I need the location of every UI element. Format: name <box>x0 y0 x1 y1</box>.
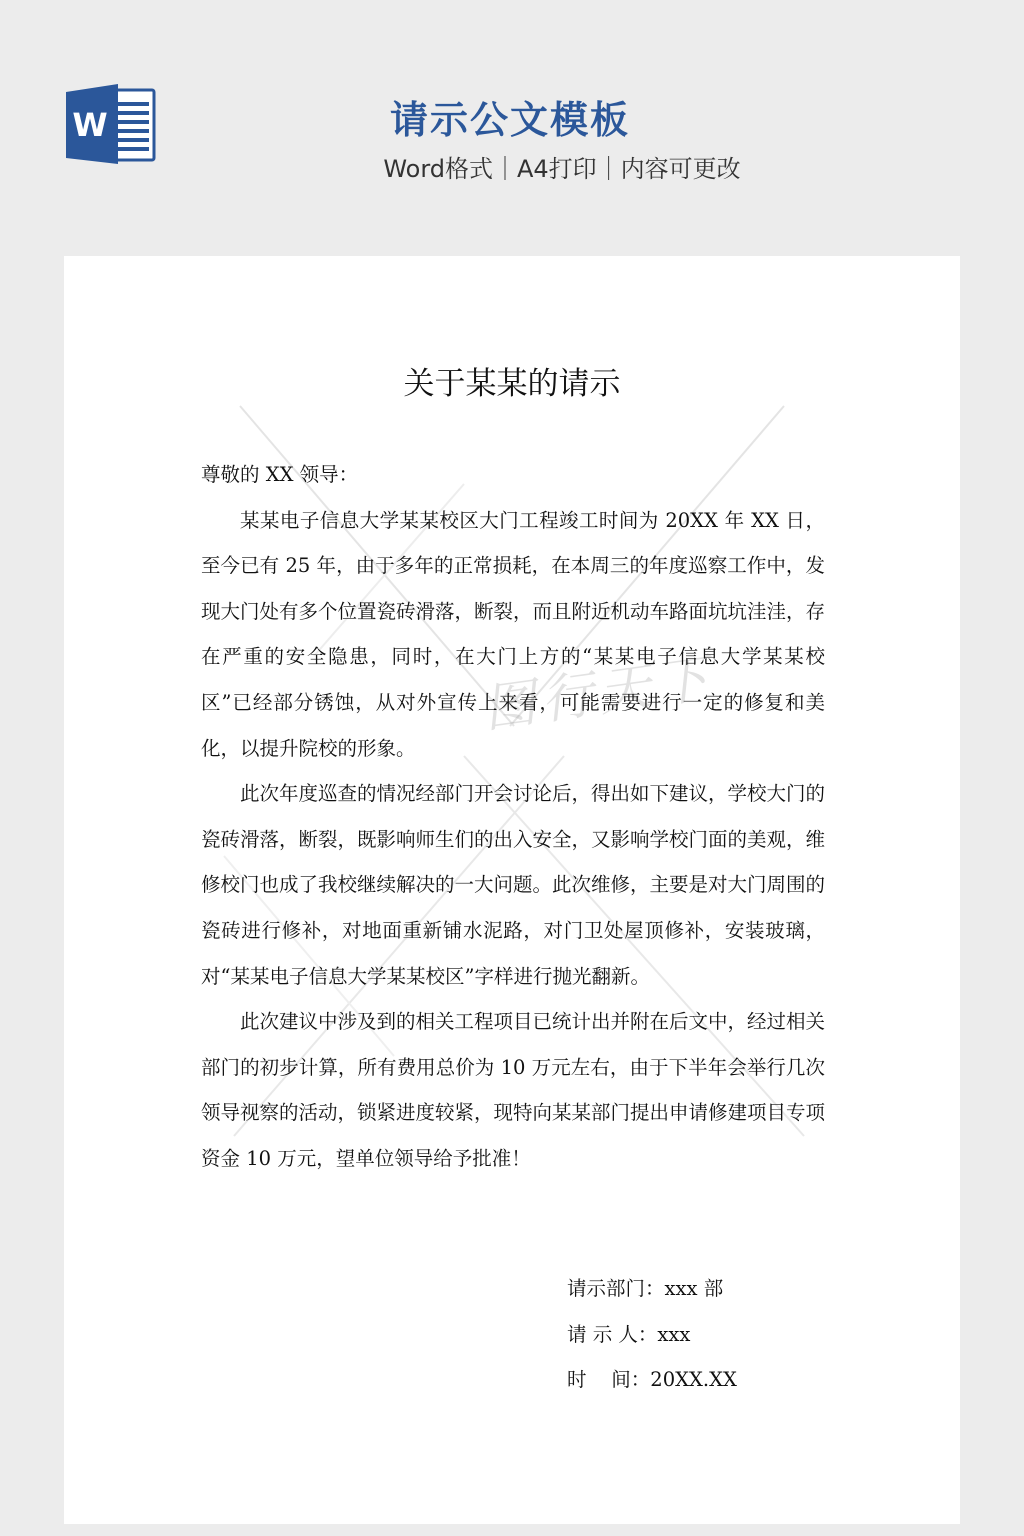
document-page: 图行天下 关于某某的请示 尊敬的 XX 领导： 某某电子信息大学某某校区大门工程… <box>64 256 960 1524</box>
paragraph: 某某电子信息大学某某校区大门工程竣工时间为 20XX 年 XX 日，至今已有 2… <box>201 498 825 772</box>
header-subtitle: Word格式｜A4打印｜内容可更改 <box>300 152 824 186</box>
salutation: 尊敬的 XX 领导： <box>201 452 825 498</box>
paragraph: 此次建议中涉及到的相关工程项目已统计出并附在后文中，经过相关部门的初步计算，所有… <box>201 999 825 1181</box>
signature-department: 请示部门：xxx 部 <box>567 1266 737 1312</box>
signature-date: 时 间：20XX.XX <box>567 1357 737 1403</box>
document-title: 关于某某的请示 <box>64 362 960 406</box>
word-logo-icon: W <box>64 82 156 164</box>
signature-block: 请示部门：xxx 部 请 示 人：xxx 时 间：20XX.XX <box>567 1266 737 1403</box>
paragraph: 此次年度巡查的情况经部门开会讨论后，得出如下建议，学校大门的瓷砖滑落，断裂，既影… <box>201 771 825 999</box>
header-title: 请示公文模板 <box>340 94 680 146</box>
signature-requester: 请 示 人：xxx <box>567 1312 737 1358</box>
document-body: 尊敬的 XX 领导： 某某电子信息大学某某校区大门工程竣工时间为 20XX 年 … <box>201 452 825 1182</box>
svg-text:W: W <box>72 106 107 144</box>
